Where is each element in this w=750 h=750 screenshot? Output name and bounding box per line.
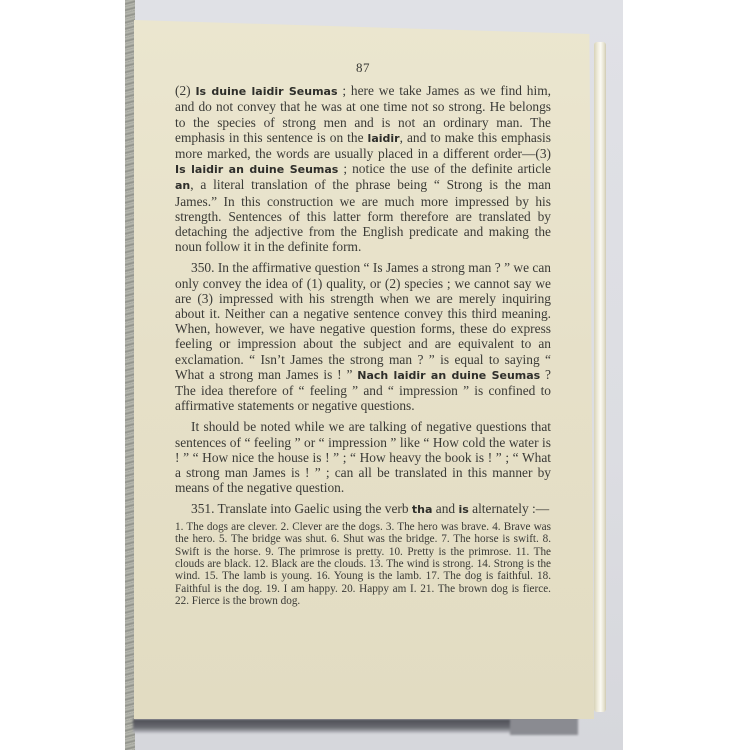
- page-number: 87: [175, 60, 551, 75]
- page-shadow-corner: [510, 717, 578, 735]
- exercise-item: 5. The bridge was shut.: [219, 533, 331, 545]
- exercise-item: 12. Black are the clouds.: [254, 558, 369, 570]
- gaelic-term: Is duine laidir Seumas: [195, 85, 337, 98]
- page-shadow: [133, 719, 541, 733]
- text-run: (2): [175, 83, 195, 98]
- exercise-item: 6. Shut was the bridge.: [331, 533, 441, 545]
- paragraph-continued: (2) Is duine laidir Seumas ; here we tak…: [175, 83, 551, 254]
- gaelic-term: laidir: [368, 132, 400, 145]
- exercise-item: 13. The wind is strong.: [369, 558, 476, 570]
- text-run: , a literal translation of the phrase be…: [175, 177, 551, 254]
- gaelic-term: is: [458, 503, 468, 516]
- exercise-item: 10. Pretty is the primrose.: [389, 546, 516, 558]
- exercise-item: 7. The horse is swift.: [441, 533, 542, 545]
- paragraph-351: 351. Translate into Gaelic using the ver…: [175, 501, 551, 517]
- gaelic-term: an: [175, 179, 190, 192]
- page-text-block: 87 (2) Is duine laidir Seumas ; here we …: [175, 60, 551, 608]
- paragraphs: (2) Is duine laidir Seumas ; here we tak…: [175, 83, 551, 517]
- gaelic-term: tha: [412, 503, 433, 516]
- exercise-item: 19. I am happy.: [266, 583, 342, 595]
- text-run: It should be noted while we are talking …: [175, 419, 551, 495]
- text-run: 350. In the affirmative question “ Is Ja…: [175, 260, 551, 381]
- text-run: alternately :—: [469, 501, 549, 516]
- exercise-item: 3. The hero was brave.: [386, 521, 492, 533]
- exercise-item: 9. The primrose is pretty.: [265, 546, 388, 558]
- gaelic-term: Nach laidir an duine Seumas: [357, 369, 540, 382]
- paragraph-noted: It should be noted while we are talking …: [175, 419, 551, 495]
- paragraph-350: 350. In the affirmative question “ Is Ja…: [175, 260, 551, 413]
- exercise-list: 1. The dogs are clever. 2. Clever are th…: [175, 521, 551, 608]
- exercise-item: 17. The dog is faithful.: [426, 570, 537, 582]
- gaelic-term: Is laidir an duine Seumas: [175, 163, 338, 176]
- exercise-item: 21. The brown dog is fierce.: [420, 583, 551, 595]
- exercise-item: 20. Happy am I.: [341, 583, 420, 595]
- text-run: 351. Translate into Gaelic using the ver…: [191, 501, 412, 516]
- text-run: and: [432, 501, 458, 516]
- exercise-item: 22. Fierce is the brown dog.: [175, 595, 300, 607]
- exercise-item: 1. The dogs are clever.: [175, 521, 281, 533]
- exercise-item: 2. Clever are the dogs.: [281, 521, 386, 533]
- exercise-item: 15. The lamb is young.: [204, 570, 316, 582]
- book-cover-spine: [594, 42, 606, 712]
- exercise-item: 16. Young is the lamb.: [316, 570, 425, 582]
- page-edges-stack: [125, 0, 135, 750]
- text-run: ; notice the use of the definite article: [338, 161, 551, 176]
